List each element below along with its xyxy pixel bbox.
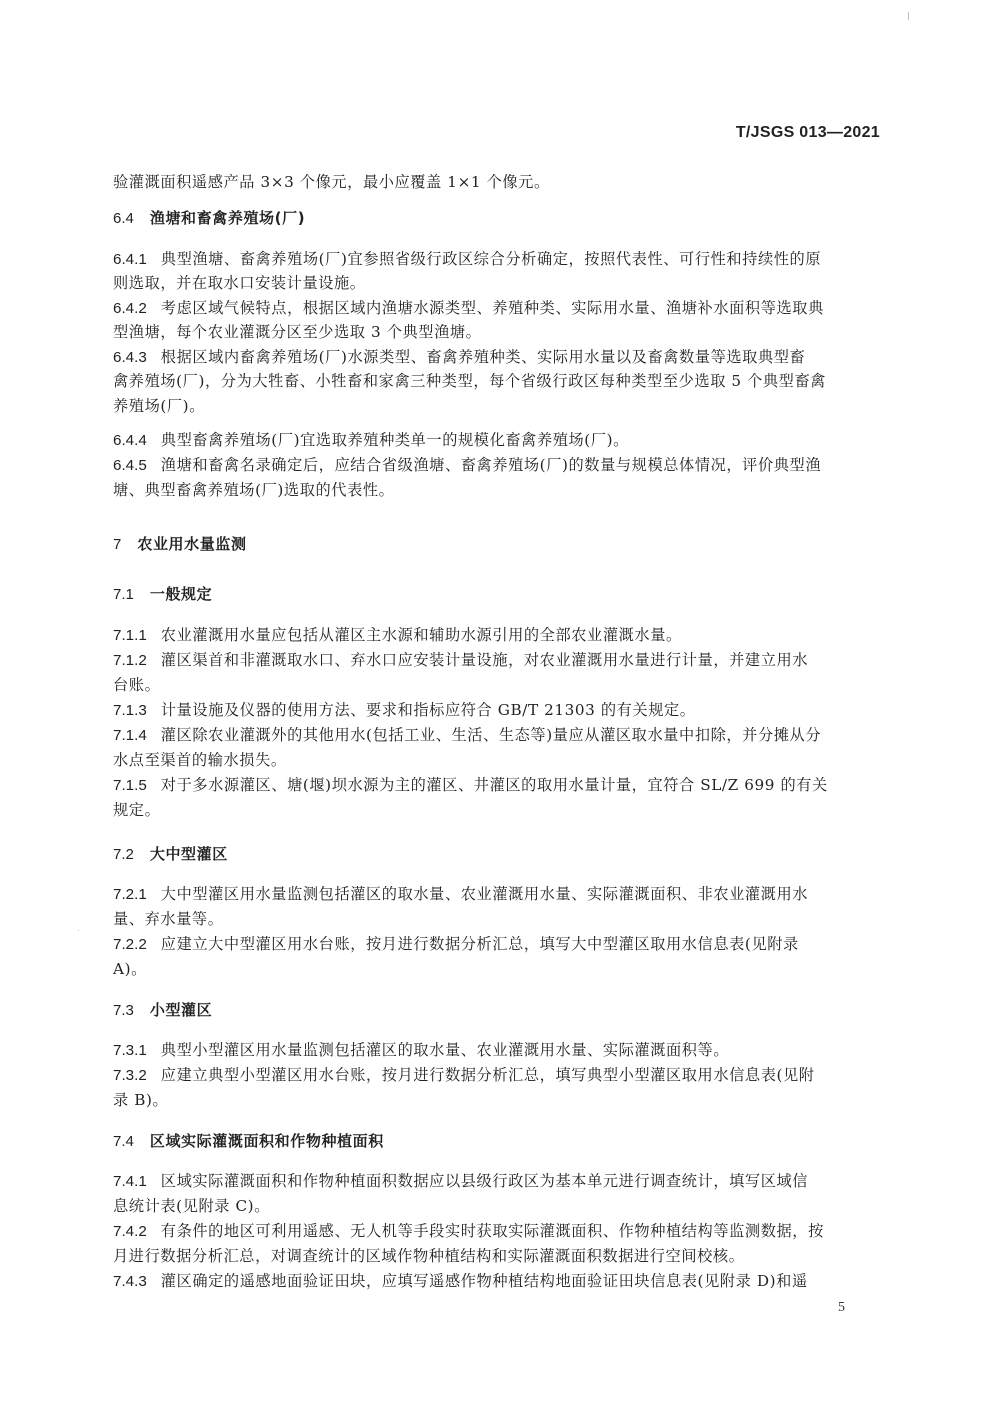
clause-text: 典型渔塘、畜禽养殖场(厂)宜参照省级行政区综合分析确定，按照代表性、可行性和持续… (161, 250, 821, 268)
clause-text: 灌区渠首和非灌溉取水口、弃水口应安装计量设施，对农业灌溉用水量进行计量，并建立用… (161, 651, 808, 669)
clause-continuation: 则选取，并在取水口安装计量设施。 (113, 273, 883, 293)
clause-text: 应建立大中型灌区用水台账，按月进行数据分析汇总，填写大中型灌区取用水信息表(见附… (161, 935, 799, 953)
clause-text: 典型小型灌区用水量监测包括灌区的取水量、农业灌溉用水量、实际灌溉面积等。 (161, 1041, 729, 1059)
clause-text: 有条件的地区可利用遥感、无人机等手段实时获取实际灌溉面积、作物种植结构等监测数据… (161, 1222, 824, 1240)
clause-text: 灌区确定的遥感地面验证田块，应填写遥感作物种植结构地面验证田块信息表(见附录 D… (161, 1272, 808, 1290)
clause-continuation: 录 B)。 (113, 1090, 883, 1110)
clause-text: 应建立典型小型灌区用水台账，按月进行数据分析汇总，填写典型小型灌区取用水信息表(… (161, 1066, 815, 1084)
section-heading-6-4: 6.4渔塘和畜禽养殖场(厂) (113, 208, 883, 229)
section-number: 7.2 (113, 845, 134, 865)
clause-number: 7.2.2 (113, 935, 147, 955)
clause-continuation: 塘、典型畜禽养殖场(厂)选取的代表性。 (113, 480, 883, 500)
clause-text: 典型畜禽养殖场(厂)宜选取养殖种类单一的规模化畜禽养殖场(厂)。 (161, 431, 629, 449)
clause-number: 7.3.1 (113, 1041, 147, 1061)
chapter-number: 7 (113, 535, 121, 555)
clause-number: 7.4.1 (113, 1172, 147, 1192)
clause-continuation: 禽养殖场(厂)，分为大牲畜、小牲畜和家禽三种类型，每个省级行政区每种类型至少选取… (113, 371, 883, 391)
clause-7-1-4: 7.1.4灌区除农业灌溉外的其他用水(包括工业、生活、生态等)量应从灌区取水量中… (113, 725, 883, 746)
chapter-heading-7: 7农业用水量监测 (113, 534, 883, 555)
clause-number: 7.1.1 (113, 626, 147, 646)
page-number: 5 (838, 1300, 845, 1316)
section-number: 7.3 (113, 1001, 134, 1021)
clause-continuation: 型渔塘，每个农业灌溉分区至少选取 3 个典型渔塘。 (113, 322, 883, 342)
section-title: 大中型灌区 (150, 845, 228, 863)
section-heading-7-2: 7.2大中型灌区 (113, 844, 883, 865)
clause-text: 计量设施及仪器的使用方法、要求和指标应符合 GB/T 21303 的有关规定。 (161, 701, 696, 719)
clause-text: 大中型灌区用水量监测包括灌区的取水量、农业灌溉用水量、实际灌溉面积、非农业灌溉用… (161, 885, 808, 903)
section-title: 一般规定 (150, 585, 212, 603)
section-title: 区域实际灌溉面积和作物种植面积 (150, 1132, 384, 1150)
clause-number: 7.4.2 (113, 1222, 147, 1242)
clause-text: 考虑区域气候特点，根据区域内渔塘水源类型、养殖种类、实际用水量、渔塘补水面积等选… (161, 299, 824, 317)
clause-7-2-2: 7.2.2应建立大中型灌区用水台账，按月进行数据分析汇总，填写大中型灌区取用水信… (113, 934, 883, 955)
section-number: 7.1 (113, 585, 134, 605)
clause-7-4-1: 7.4.1区域实际灌溉面积和作物种植面积数据应以县级行政区为基本单元进行调查统计… (113, 1171, 883, 1192)
section-title: 小型灌区 (150, 1001, 212, 1019)
clause-7-1-5: 7.1.5对于多水源灌区、塘(堰)坝水源为主的灌区、井灌区的取用水量计量，宜符合… (113, 775, 883, 796)
clause-number: 6.4.1 (113, 250, 147, 270)
clause-continuation: A)。 (113, 959, 883, 979)
paragraph-line: 验灌溉面积遥感产品 3×3 个像元，最小应覆盖 1×1 个像元。 (113, 172, 883, 192)
scan-artifact (908, 12, 909, 20)
clause-number: 7.4.3 (113, 1272, 147, 1292)
clause-7-1-2: 7.1.2灌区渠首和非灌溉取水口、弃水口应安装计量设施，对农业灌溉用水量进行计量… (113, 650, 883, 671)
clause-number: 6.4.5 (113, 456, 147, 476)
clause-number: 6.4.4 (113, 431, 147, 451)
clause-6-4-5: 6.4.5渔塘和畜禽名录确定后，应结合省级渔塘、畜禽养殖场(厂)的数量与规模总体… (113, 455, 883, 476)
clause-text: 渔塘和畜禽名录确定后，应结合省级渔塘、畜禽养殖场(厂)的数量与规模总体情况，评价… (161, 456, 821, 474)
clause-continuation: 息统计表(见附录 C)。 (113, 1196, 883, 1216)
clause-number: 7.3.2 (113, 1066, 147, 1086)
clause-text: 根据区域内畜禽养殖场(厂)水源类型、畜禽养殖种类、实际用水量以及畜禽数量等选取典… (161, 348, 806, 366)
clause-continuation: 月进行数据分析汇总，对调查统计的区域作物种植结构和实际灌溉面积数据进行空间校核。 (113, 1246, 883, 1266)
section-heading-7-4: 7.4区域实际灌溉面积和作物种植面积 (113, 1131, 883, 1152)
clause-number: 7.1.5 (113, 776, 147, 796)
clause-7-4-2: 7.4.2有条件的地区可利用遥感、无人机等手段实时获取实际灌溉面积、作物种植结构… (113, 1221, 883, 1242)
clause-number: 6.4.3 (113, 348, 147, 368)
clause-text: 灌区除农业灌溉外的其他用水(包括工业、生活、生态等)量应从灌区取水量中扣除，并分… (161, 726, 821, 744)
section-heading-7-3: 7.3小型灌区 (113, 1000, 883, 1021)
clause-text: 农业灌溉用水量应包括从灌区主水源和辅助水源引用的全部农业灌溉水量。 (161, 626, 682, 644)
section-number: 6.4 (113, 209, 134, 229)
scan-artifact (78, 930, 79, 931)
clause-number: 7.2.1 (113, 885, 147, 905)
clause-continuation: 台账。 (113, 675, 883, 695)
clause-6-4-4: 6.4.4典型畜禽养殖场(厂)宜选取养殖种类单一的规模化畜禽养殖场(厂)。 (113, 430, 883, 451)
clause-7-2-1: 7.2.1大中型灌区用水量监测包括灌区的取水量、农业灌溉用水量、实际灌溉面积、非… (113, 884, 883, 905)
clause-continuation: 量、弃水量等。 (113, 909, 883, 929)
clause-number: 7.1.3 (113, 701, 147, 721)
clause-number: 6.4.2 (113, 299, 147, 319)
clause-number: 7.1.4 (113, 726, 147, 746)
clause-text: 区域实际灌溉面积和作物种植面积数据应以县级行政区为基本单元进行调查统计，填写区域… (161, 1172, 808, 1190)
clause-number: 7.1.2 (113, 651, 147, 671)
clause-continuation: 规定。 (113, 800, 883, 820)
clause-7-3-1: 7.3.1典型小型灌区用水量监测包括灌区的取水量、农业灌溉用水量、实际灌溉面积等… (113, 1040, 883, 1061)
clause-6-4-1: 6.4.1典型渔塘、畜禽养殖场(厂)宜参照省级行政区综合分析确定，按照代表性、可… (113, 249, 883, 270)
clause-continuation: 水点至渠首的输水损失。 (113, 750, 883, 770)
chapter-title: 农业用水量监测 (137, 535, 246, 553)
clause-7-1-3: 7.1.3计量设施及仪器的使用方法、要求和指标应符合 GB/T 21303 的有… (113, 700, 883, 721)
clause-6-4-2: 6.4.2考虑区域气候特点，根据区域内渔塘水源类型、养殖种类、实际用水量、渔塘补… (113, 298, 883, 319)
section-title: 渔塘和畜禽养殖场(厂) (150, 209, 305, 227)
clause-7-1-1: 7.1.1农业灌溉用水量应包括从灌区主水源和辅助水源引用的全部农业灌溉水量。 (113, 625, 883, 646)
clause-6-4-3: 6.4.3根据区域内畜禽养殖场(厂)水源类型、畜禽养殖种类、实际用水量以及畜禽数… (113, 347, 883, 368)
section-number: 7.4 (113, 1132, 134, 1152)
clause-7-3-2: 7.3.2应建立典型小型灌区用水台账，按月进行数据分析汇总，填写典型小型灌区取用… (113, 1065, 883, 1086)
section-heading-7-1: 7.1一般规定 (113, 584, 883, 605)
clause-7-4-3: 7.4.3灌区确定的遥感地面验证田块，应填写遥感作物种植结构地面验证田块信息表(… (113, 1271, 883, 1292)
clause-text: 对于多水源灌区、塘(堰)坝水源为主的灌区、井灌区的取用水量计量，宜符合 SL/Z… (161, 776, 828, 794)
clause-continuation: 养殖场(厂)。 (113, 396, 883, 416)
document-code: T/JSGS 013—2021 (736, 124, 880, 142)
